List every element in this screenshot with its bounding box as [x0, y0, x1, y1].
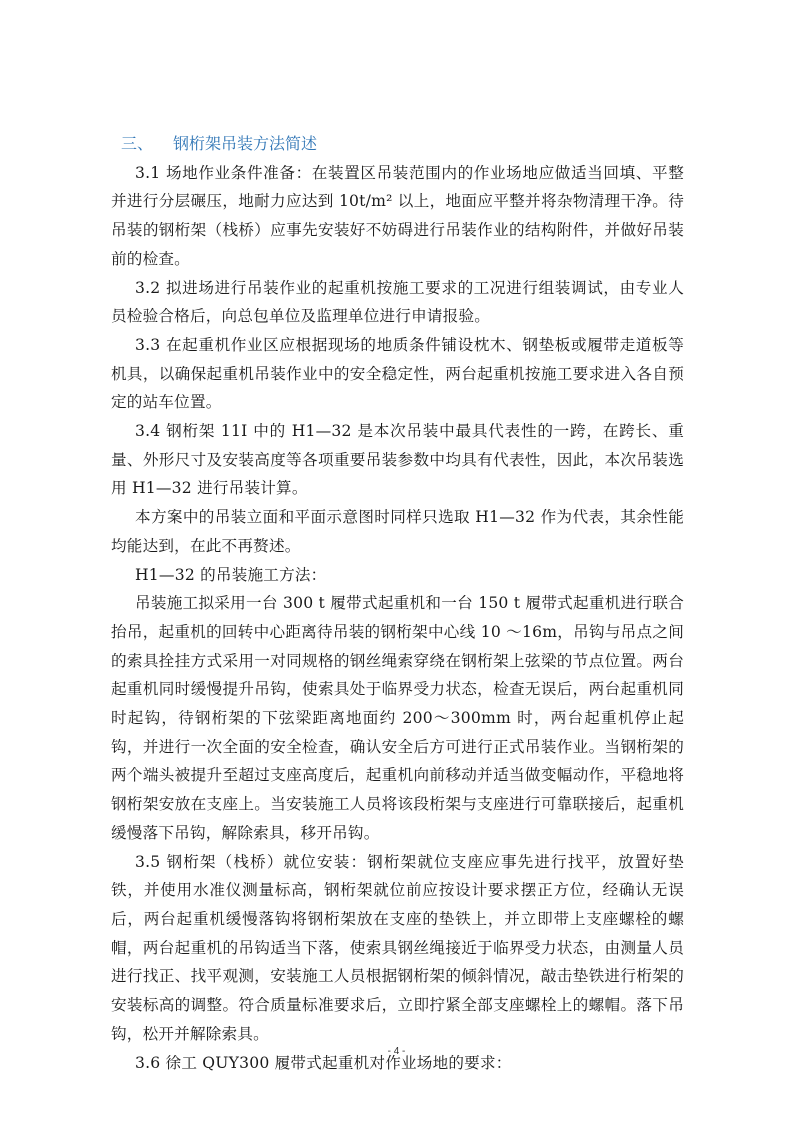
- paragraph-lifting-method: 吊装施工拟采用一台 300 t 履带式起重机和一台 150 t 履带式起重机进行…: [111, 589, 684, 847]
- paragraph-3-3: 3.3 在起重机作业区应根据现场的地质条件铺设枕木、钢垫板或履带走道板等机具，以…: [111, 331, 684, 417]
- section-title: 钢桁架吊装方法简述: [173, 134, 317, 153]
- paragraph-method-heading: H1—32 的吊装施工方法：: [111, 561, 684, 590]
- section-number: 三、: [121, 130, 173, 159]
- paragraph-3-2: 3.2 拟进场进行吊装作业的起重机按施工要求的工况进行组装调试，由专业人员检验合…: [111, 274, 684, 331]
- page-number: - 4 -: [0, 1046, 793, 1057]
- document-page: 三、钢桁架吊装方法简述 3.1 场地作业条件准备：在装置区吊装范围内的作业场地应…: [111, 130, 684, 1077]
- paragraph-3-5: 3.5 钢桁架（栈桥）就位安装：钢桁架就位支座应事先进行找平，放置好垫铁，并使用…: [111, 848, 684, 1049]
- paragraph-3-4: 3.4 钢桁架 11I 中的 H1—32 是本次吊装中最具代表性的一跨，在跨长、…: [111, 417, 684, 503]
- paragraph-3-1: 3.1 场地作业条件准备：在装置区吊装范围内的作业场地应做适当回填、平整并进行分…: [111, 159, 684, 274]
- paragraph-representative-note: 本方案中的吊装立面和平面示意图时同样只选取 H1—32 作为代表，其余性能均能达…: [111, 503, 684, 560]
- section-heading: 三、钢桁架吊装方法简述: [111, 130, 684, 159]
